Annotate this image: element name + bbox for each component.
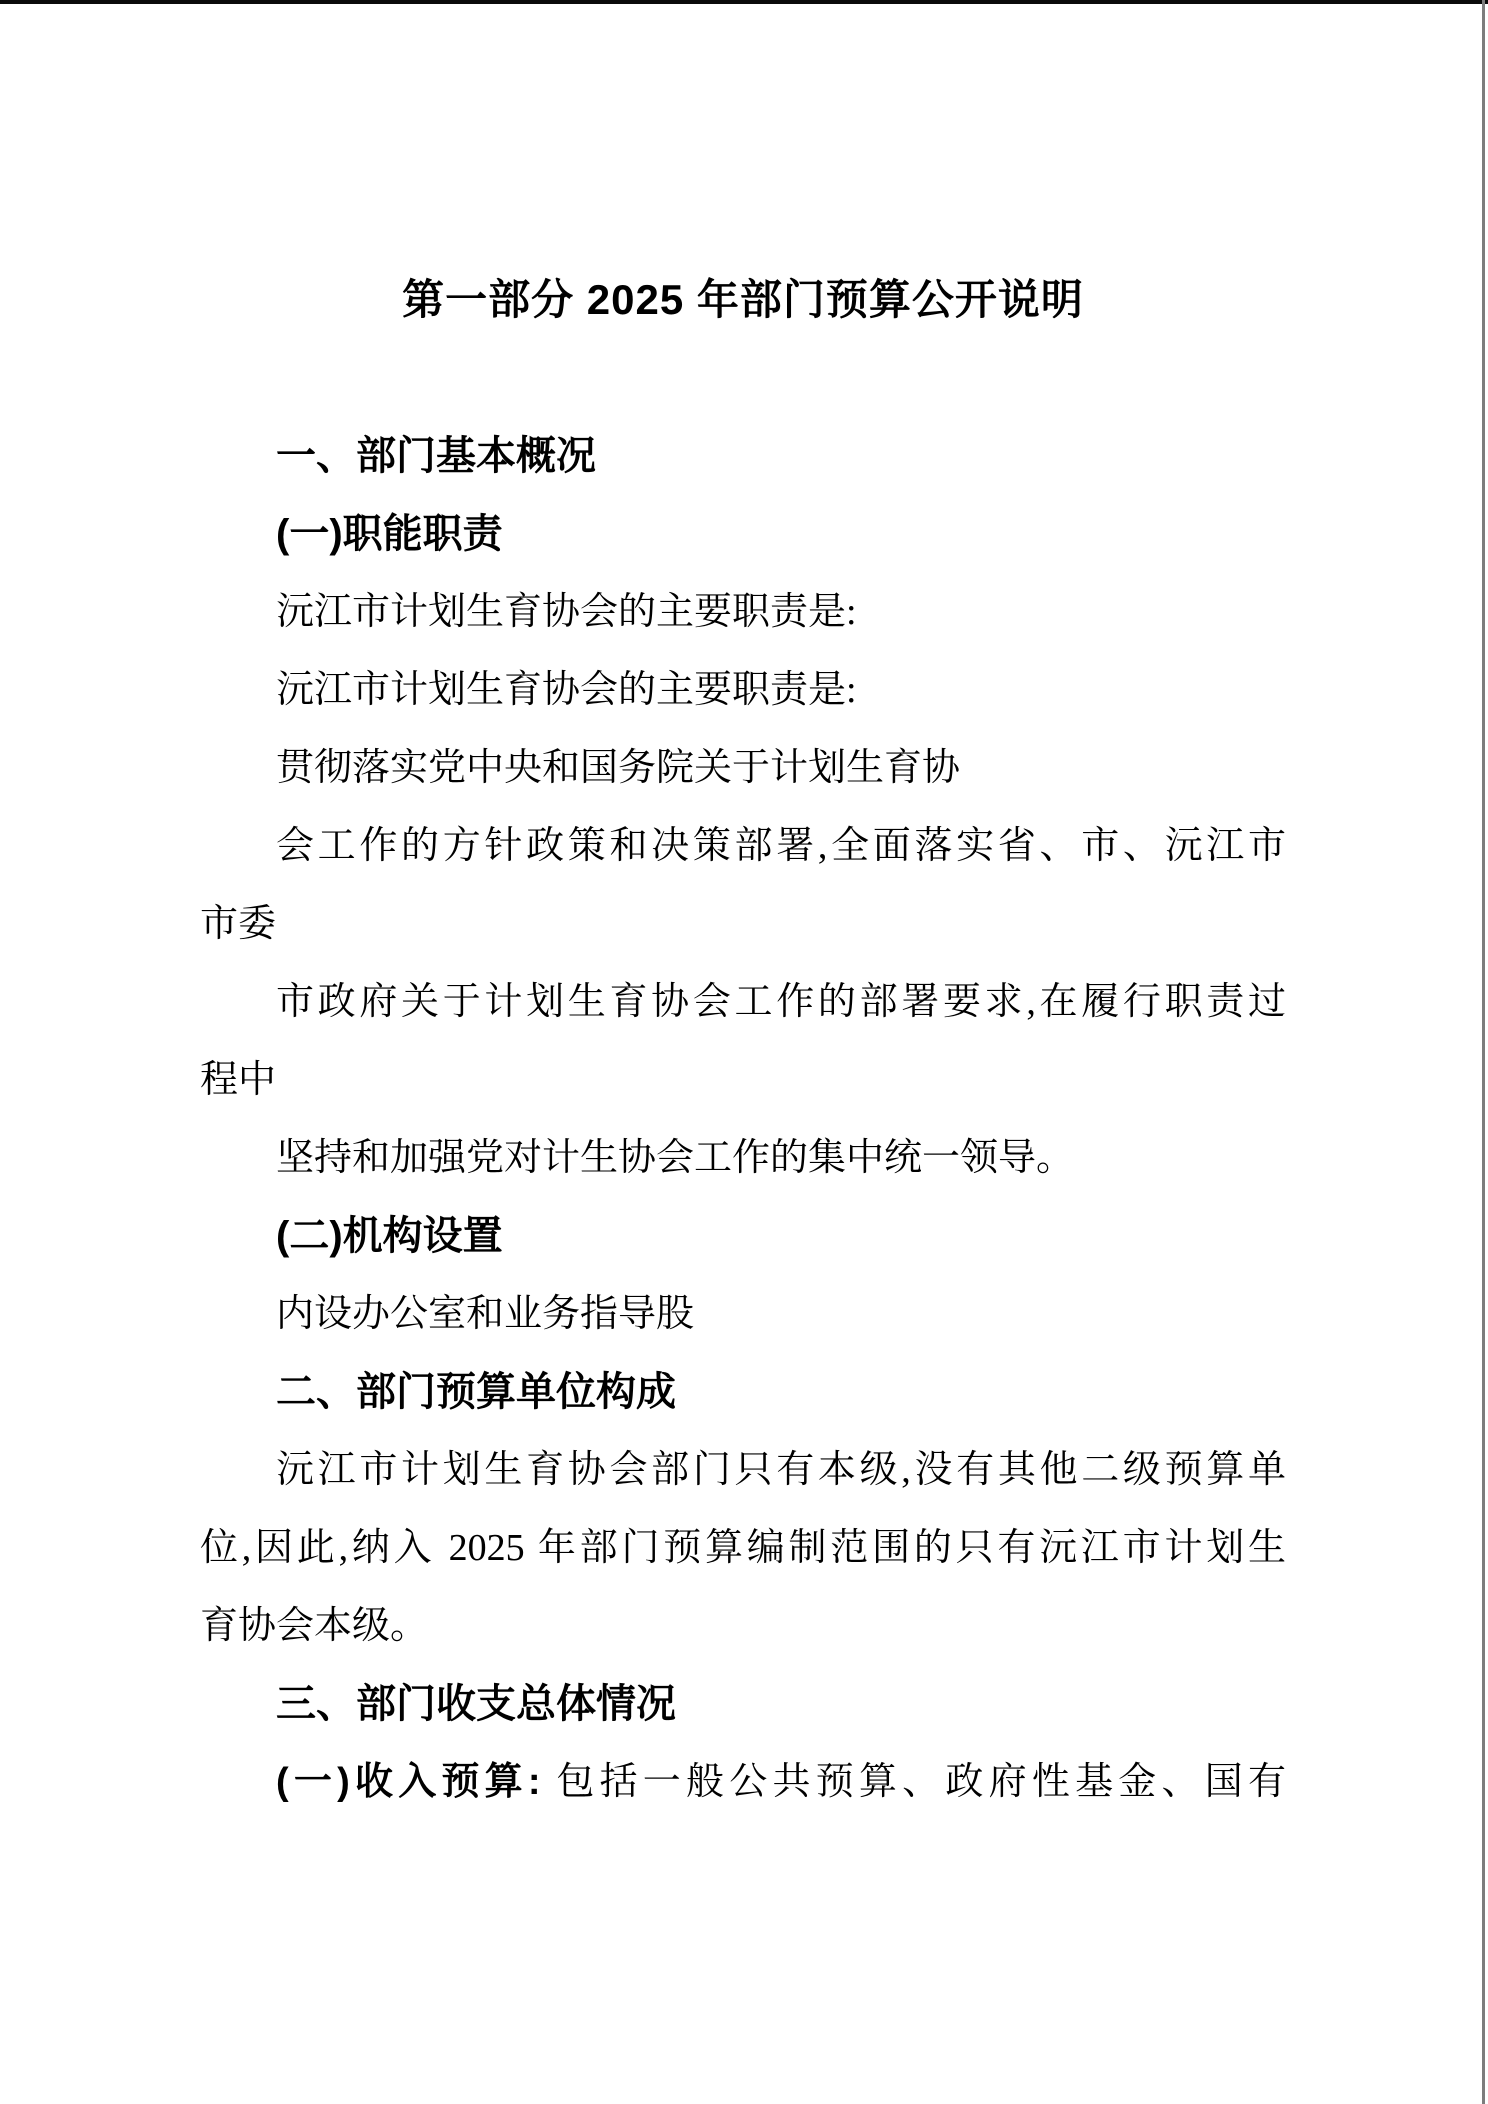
text-run: 包括一般公共预算、政府性基金、国有 [556, 1761, 1286, 1803]
body-line: 贯彻落实党中央和国务院关于计划生育协 [200, 729, 1286, 807]
body-line: 沅江市计划生育协会部门只有本级,没有其他二级预算单 [200, 1431, 1286, 1509]
body-line: 市政府关于计划生育协会工作的部署要求,在履行职责过 [200, 963, 1286, 1041]
subsection-heading-1-1: (一)职能职责 [200, 495, 1286, 573]
body-line: 坚持和加强党对计生协会工作的集中统一领导。 [200, 1119, 1286, 1197]
body-line: 沅江市计划生育协会的主要职责是: [200, 573, 1286, 651]
window-top-edge [0, 0, 1488, 4]
body-line: 会工作的方针政策和决策部署,全面落实省、市、沅江市 [200, 807, 1286, 885]
bold-label-run: (一)收入预算: [276, 1761, 556, 1803]
body-line: (一)收入预算: 包括一般公共预算、政府性基金、国有 [200, 1743, 1286, 1821]
section-heading-1: 一、部门基本概况 [200, 417, 1286, 495]
section-heading-3: 三、部门收支总体情况 [200, 1665, 1286, 1743]
body-line: 程中 [200, 1041, 1286, 1119]
body-line: 沅江市计划生育协会的主要职责是: [200, 651, 1286, 729]
page-right-edge-line [1482, 0, 1485, 2104]
section-heading-2: 二、部门预算单位构成 [200, 1353, 1286, 1431]
document-page: 第一部分 2025 年部门预算公开说明一、部门基本概况(一)职能职责沅江市计划生… [0, 0, 1488, 2104]
body-line: 市委 [200, 885, 1286, 963]
document-title: 第一部分 2025 年部门预算公开说明 [200, 261, 1286, 339]
body-line: 内设办公室和业务指导股 [200, 1275, 1286, 1353]
subsection-heading-1-2: (二)机构设置 [200, 1197, 1286, 1275]
body-line: 育协会本级。 [200, 1587, 1286, 1665]
body-line: 位,因此,纳入 2025 年部门预算编制范围的只有沅江市计划生 [200, 1509, 1286, 1587]
